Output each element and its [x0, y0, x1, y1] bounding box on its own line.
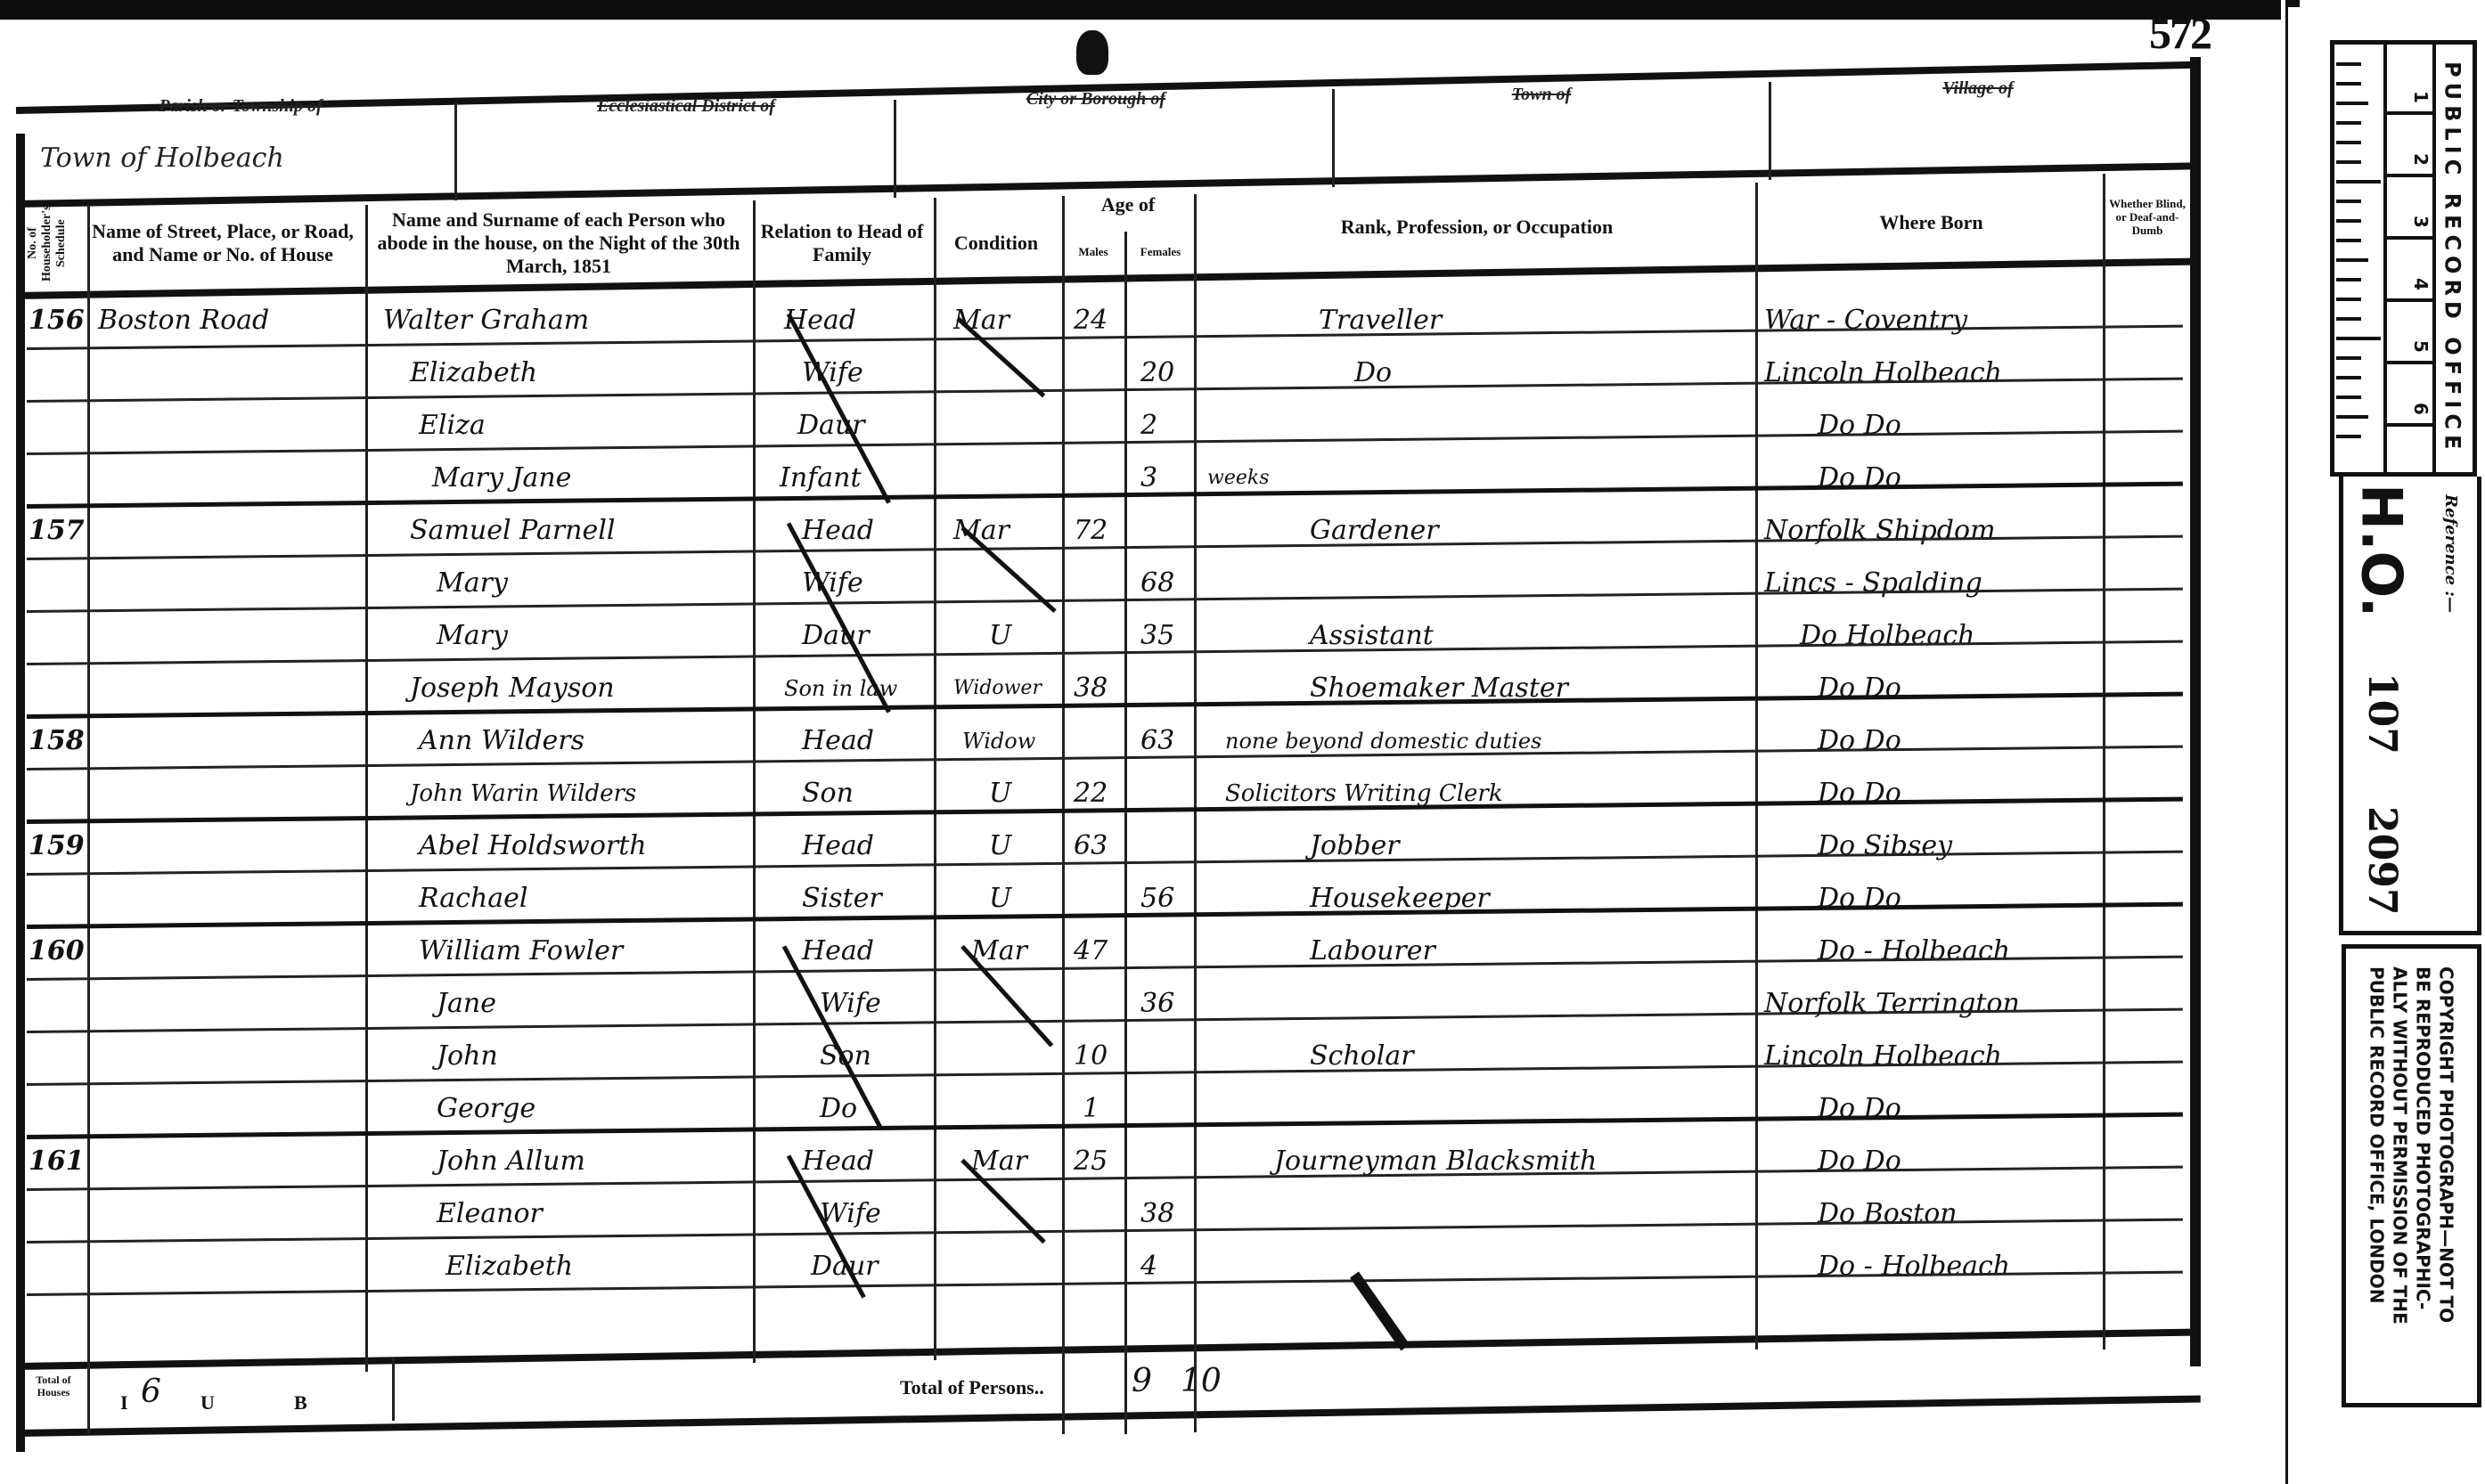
occupation-cell: Solicitors Writing Clerk	[1225, 771, 1503, 824]
birthplace-cell: War - Coventry	[1764, 298, 1967, 351]
male-age-cell: 72	[1074, 509, 1108, 561]
table-row: Eleanor Wife 38 Do Boston	[27, 1192, 2192, 1244]
divider	[1332, 89, 1335, 187]
condition-cell: Mar	[971, 1139, 1027, 1192]
birthplace-cell: Do Boston	[1818, 1192, 1958, 1244]
table-row: Eliza Daur 2 Do Do	[27, 404, 2192, 456]
female-age-cell: 2	[1140, 404, 1157, 456]
ruler-numbers: 1 2 3 4 5 6	[2383, 45, 2436, 472]
table-row: 158 Ann Wilders Head Widow 63 none beyon…	[27, 719, 2192, 771]
female-age-cell: 35	[1140, 614, 1174, 666]
table-row: 156 Boston Road Walter Graham Head Mar 2…	[27, 298, 2192, 351]
occupation-cell: none beyond domestic duties	[1225, 719, 1541, 771]
male-age-cell: 24	[1074, 298, 1108, 351]
condition-cell: Mar	[953, 509, 1010, 561]
relation-cell: Daur	[811, 1244, 879, 1297]
relation-cell: Head	[802, 929, 874, 982]
table-row: Mary Wife 68 Lincs - Spalding	[27, 561, 2192, 614]
female-age-cell: 56	[1140, 877, 1174, 929]
ink-blot	[1076, 30, 1108, 75]
condition-cell: Widower	[953, 666, 1042, 719]
divider	[1769, 82, 1771, 180]
condition-cell: U	[989, 824, 1011, 877]
table-row: 159 Abel Holdsworth Head U 63 Jobber Do …	[27, 824, 2192, 877]
col-females: Females	[1127, 233, 1194, 269]
schedule-number: 158	[29, 719, 85, 771]
page-number: 572	[2149, 7, 2211, 59]
building-label: B	[294, 1391, 307, 1415]
total-females: 10	[1181, 1363, 1222, 1399]
scan-top-edge	[0, 0, 2281, 20]
table-row: Mary Daur U 35 Assistant Do Holbeach	[27, 614, 2192, 666]
reference-piece: 107	[2359, 673, 2405, 754]
totals-row: Total of Houses I 6 U B Total of Persons…	[27, 1363, 2192, 1425]
relation-cell: Do	[820, 1087, 857, 1139]
condition-cell: Mar	[971, 929, 1027, 982]
col-blind-deaf: Whether Blind, or Deaf-and-Dumb	[2107, 167, 2187, 265]
birthplace-cell: Lincs - Spalding	[1764, 561, 1982, 614]
table-row: Jane Wife 36 Norfolk Terrington	[27, 982, 2192, 1034]
scale-number: 1	[2410, 91, 2432, 103]
occupation-cell: Labourer	[1310, 929, 1435, 982]
street-cell: Boston Road	[98, 298, 269, 351]
female-age-cell: 4	[1140, 1244, 1157, 1297]
birthplace-cell: Do - Holbeach	[1818, 929, 2010, 982]
occupation-cell: Scholar	[1310, 1034, 1414, 1087]
copyright-line: BE REPRODUCED PHOTOGRAPHIC-	[2413, 966, 2434, 1325]
scale-ruler: 1 2 3 4 5 6 PUBLIC RECORD OFFICE	[2330, 40, 2477, 477]
table-row: Elizabeth Daur 4 Do - Holbeach	[27, 1244, 2192, 1297]
male-age-cell: 38	[1074, 666, 1108, 719]
table-row: 161 John Allum Head Mar 25 Journeyman Bl…	[27, 1139, 2192, 1192]
col-occupation: Rank, Profession, or Occupation	[1198, 178, 1755, 276]
schedule-number: 160	[29, 929, 85, 982]
male-age-cell: 1	[1083, 1087, 1099, 1139]
ruler-title: PUBLIC RECORD OFFICE	[2432, 45, 2473, 472]
condition-cell: Widow	[962, 719, 1035, 771]
reference-label: Reference :—	[2441, 494, 2460, 613]
birthplace-cell: Norfolk Terrington	[1764, 982, 2020, 1034]
birthplace-cell: Do Do	[1818, 771, 1901, 824]
condition-cell: U	[989, 614, 1011, 666]
divider	[392, 1358, 395, 1421]
col-birthplace: Where Born	[1760, 174, 2103, 272]
table-row: 157 Samuel Parnell Head Mar 72 Gardener …	[27, 509, 2192, 561]
col-age: Age of	[1062, 183, 1194, 227]
schedule-number: 156	[29, 298, 85, 351]
male-age-cell: 63	[1074, 824, 1108, 877]
condition-cell: U	[989, 877, 1011, 929]
relation-cell: Head	[802, 824, 874, 877]
birthplace-cell: Do Holbeach	[1800, 614, 1974, 666]
birthplace-cell: Do Sibsey	[1818, 824, 1952, 877]
copyright-box: COPYRIGHT PHOTOGRAPH—NOT TO BE REPRODUCE…	[2342, 944, 2481, 1407]
col-schedule: No. of Householder's Schedule	[20, 194, 75, 292]
total-males: 9	[1132, 1363, 1152, 1399]
col-relation: Relation to Head of Family	[753, 194, 931, 292]
occupation-cell: Jobber	[1310, 824, 1400, 877]
birthplace-cell: Do Do	[1818, 719, 1901, 771]
birthplace-cell: Do Do	[1818, 456, 1901, 509]
occupation-cell: Journeyman Blacksmith	[1274, 1139, 1597, 1192]
occupation-cell: Gardener	[1310, 509, 1439, 561]
divider	[454, 102, 457, 200]
birthplace-cell: Do Do	[1818, 1087, 1901, 1139]
female-age-cell: 63	[1140, 719, 1174, 771]
inhabited-count: 6	[141, 1374, 161, 1410]
birthplace-cell: Do Do	[1818, 404, 1901, 456]
divider	[894, 100, 896, 198]
occupation-cell: weeks	[1207, 456, 1270, 509]
col-street: Name of Street, Place, or Road, and Name…	[85, 194, 361, 292]
col-condition: Condition	[934, 194, 1059, 292]
scale-number: 4	[2410, 278, 2432, 290]
occupation-cell: Traveller	[1319, 298, 1442, 351]
female-age-cell: 3	[1140, 456, 1157, 509]
total-persons-label: Total of Persons..	[900, 1376, 1044, 1399]
total-houses-label: Total of Houses	[31, 1374, 76, 1398]
schedule-number: 161	[29, 1139, 85, 1192]
occupation-cell: Housekeeper	[1310, 877, 1490, 929]
birthplace-cell: Lincoln Holbeach	[1764, 1034, 2002, 1087]
relation-cell: Sister	[802, 877, 882, 929]
pro-title: PUBLIC RECORD OFFICE	[2440, 61, 2465, 454]
reference-box: H.O. 107 2097 Reference :—	[2339, 477, 2481, 935]
birthplace-cell: Lincoln Holbeach	[1764, 351, 2002, 404]
copyright-line: ALLY WITHOUT PERMISSION OF THE	[2390, 966, 2411, 1325]
inhabited-label: I	[120, 1391, 128, 1415]
birthplace-cell: Do Do	[1818, 877, 1901, 929]
birthplace-cell: Do Do	[1818, 666, 1901, 719]
schedule-number: 159	[29, 824, 85, 877]
occupation-cell: Shoemaker Master	[1310, 666, 1568, 719]
parish-value: Town of Holbeach	[40, 143, 284, 174]
male-age-cell: 47	[1074, 929, 1108, 982]
relation-cell: Head	[802, 509, 874, 561]
occupation-cell: Assistant	[1310, 614, 1434, 666]
copyright-line: PUBLIC RECORD OFFICE, LONDON	[2366, 966, 2388, 1325]
ruler-ticks	[2334, 45, 2387, 472]
male-age-cell: 25	[1074, 1139, 1108, 1192]
relation-cell: Head	[802, 1139, 874, 1192]
relation-cell: Son	[802, 771, 854, 824]
copyright-line: COPYRIGHT PHOTOGRAPH—NOT TO	[2436, 966, 2457, 1325]
scale-number: 5	[2410, 340, 2432, 353]
female-age-cell: 68	[1140, 561, 1174, 614]
birthplace-cell: Norfolk Shipdom	[1764, 509, 1996, 561]
table-left-border	[16, 134, 25, 1452]
female-age-cell: 36	[1140, 982, 1174, 1034]
reference-folio: 2097	[2359, 806, 2405, 915]
birthplace-cell: Do Do	[1818, 1139, 1901, 1192]
scale-number: 2	[2410, 153, 2432, 166]
birthplace-cell: Do - Holbeach	[1818, 1244, 2010, 1297]
relation-cell: Daur	[797, 404, 865, 456]
occupation-cell: Do	[1354, 351, 1392, 404]
uninhabited-label: U	[200, 1391, 215, 1415]
col-name: Name and Surname of each Person who abod…	[367, 194, 750, 292]
male-age-cell: 22	[1074, 771, 1108, 824]
scale-number: 6	[2410, 403, 2432, 415]
table-row: Elizabeth Wife 20 Do Lincoln Holbeach	[27, 351, 2192, 404]
scale-number: 3	[2410, 216, 2432, 228]
schedule-number: 157	[29, 509, 85, 561]
col-males: Males	[1062, 233, 1124, 269]
female-age-cell: 20	[1140, 351, 1174, 404]
relation-cell: Infant	[780, 456, 862, 509]
table-row: 160 William Fowler Head Mar 47 Labourer …	[27, 929, 2192, 982]
condition-cell: U	[989, 771, 1011, 824]
table-row: John Son 10 Scholar Lincoln Holbeach	[27, 1034, 2192, 1087]
relation-cell: Head	[802, 719, 874, 771]
female-age-cell: 38	[1140, 1192, 1174, 1244]
male-age-cell: 10	[1074, 1034, 1108, 1087]
